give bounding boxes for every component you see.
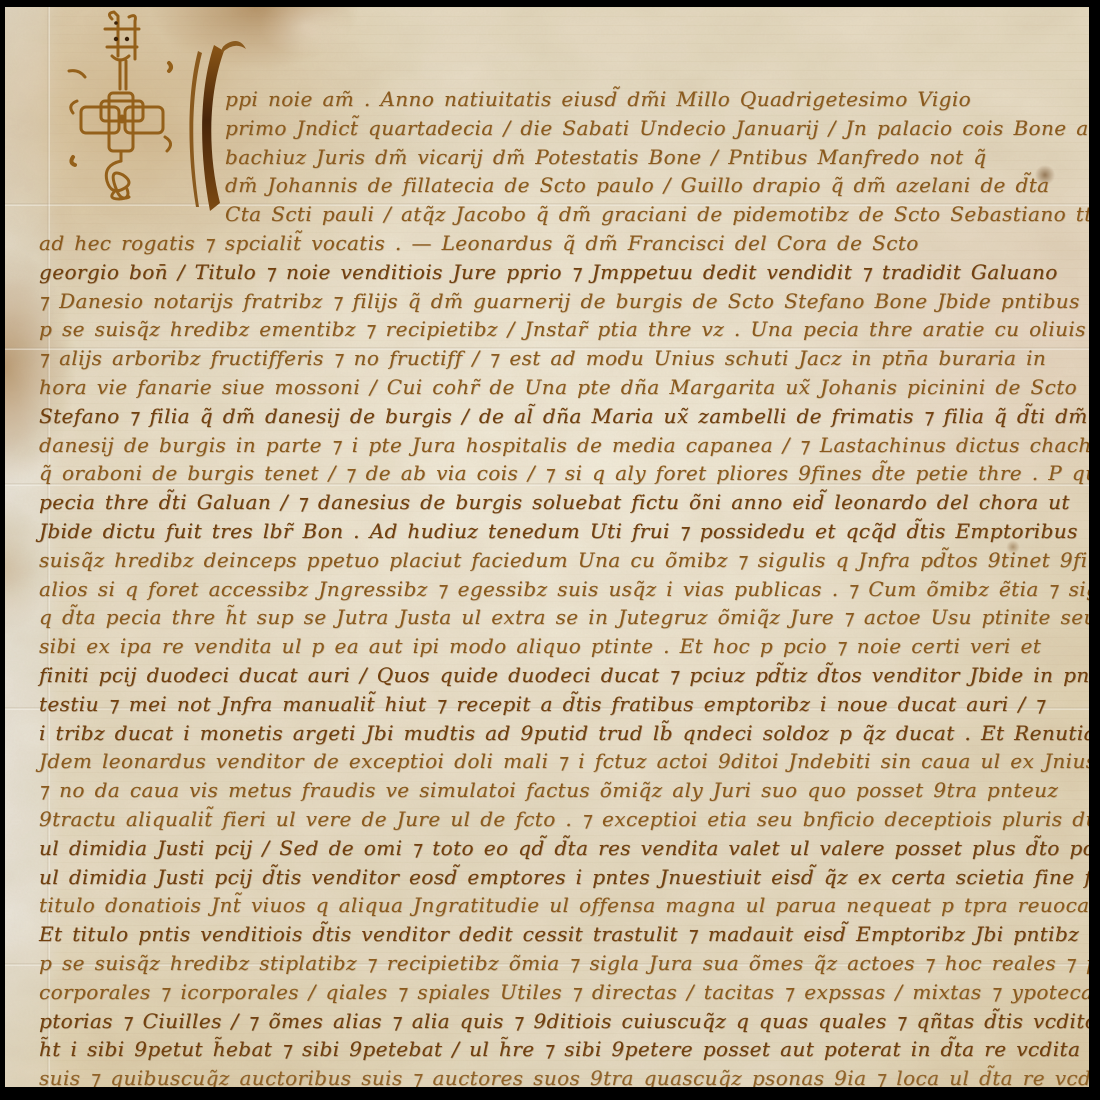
manuscript-line: ⁊ no da caua vis metus fraudis ve simula… bbox=[39, 776, 1083, 805]
photo-frame: ppi noie am̃ . Anno natiuitatis eiusd̃ d… bbox=[0, 0, 1100, 1100]
manuscript-line: ul dimidia Justi pcij / Sed de omi ⁊ tot… bbox=[39, 834, 1083, 863]
manuscript-line: p se suisq̃z hredibz stiplatibz ⁊ recipi… bbox=[39, 949, 1083, 978]
parchment-sheet: ppi noie am̃ . Anno natiuitatis eiusd̃ d… bbox=[5, 7, 1089, 1087]
manuscript-line: alios si q foret accessibz Jngressibz ⁊ … bbox=[39, 575, 1083, 604]
manuscript-line: q̃ oraboni de burgis tenet / ⁊ de ab via… bbox=[39, 459, 1083, 488]
manuscript-line: sibi ex ipa re vendita ul p ea aut ipi m… bbox=[39, 632, 1083, 661]
manuscript-line: dm̃ Johannis de fillatecia de Scto paulo… bbox=[225, 171, 1083, 200]
manuscript-line: danesij de burgis in parte ⁊ i pte Jura … bbox=[39, 431, 1083, 460]
manuscript-line: Jbide dictu fuit tres lbr̃ Bon . Ad hudi… bbox=[39, 517, 1083, 546]
manuscript-line: p se suisq̃z hredibz ementibz ⁊ recipiet… bbox=[39, 315, 1083, 344]
manuscript-line: bachiuz Juris dm̃ vicarij dm̃ Potestatis… bbox=[225, 143, 1083, 172]
manuscript-line: Et titulo pntis venditiois d̃tis vendito… bbox=[39, 920, 1083, 949]
manuscript-line: corporales ⁊ icorporales / qiales ⁊ spia… bbox=[39, 978, 1083, 1007]
manuscript-line: pecia thre d̃ti Galuan / ⁊ danesius de b… bbox=[39, 488, 1083, 517]
manuscript-line: primo Jndict̃ quartadecia / die Sabati U… bbox=[225, 114, 1083, 143]
manuscript-line: Jdem leonardus venditor de exceptioi dol… bbox=[39, 747, 1083, 776]
manuscript-line: ad hec rogatis ⁊ spcialit̃ vocatis . — L… bbox=[39, 229, 1083, 258]
manuscript-line: ⁊ Danesio notarijs fratribz ⁊ filijs q̃ … bbox=[39, 287, 1083, 316]
manuscript-line: suisq̃z hredibz deinceps ppetuo placiut … bbox=[39, 546, 1083, 575]
manuscript-line: georgio bon̄ / Titulo ⁊ noie venditiois … bbox=[39, 258, 1083, 287]
manuscript-line: 9tractu aliqualit̃ fieri ul vere de Jure… bbox=[39, 805, 1083, 834]
manuscript-line: ptorias ⁊ Ciuilles / ⁊ õmes alias ⁊ alia… bbox=[39, 1007, 1083, 1036]
manuscript-line: suis ⁊ quibuscuq̃z auctoribus suis ⁊ auc… bbox=[39, 1064, 1083, 1087]
manuscript-line: Cta Scti pauli / atq̃z Jacobo q̃ dm̃ gra… bbox=[225, 200, 1083, 229]
manuscript-text: ppi noie am̃ . Anno natiuitatis eiusd̃ d… bbox=[39, 85, 1083, 1087]
manuscript-line: ul dimidia Justi pcij d̃tis venditor eos… bbox=[39, 863, 1083, 892]
manuscript-line: ppi noie am̃ . Anno natiuitatis eiusd̃ d… bbox=[225, 85, 1083, 114]
manuscript-line: h̃t i sibi 9petut h̃ebat ⁊ sibi 9petebat… bbox=[39, 1035, 1083, 1064]
manuscript-line: testiu ⁊ mei not Jnfra manualit̃ hiut ⁊ … bbox=[39, 690, 1083, 719]
manuscript-line: i tribz ducat i monetis argeti Jbi mudti… bbox=[39, 719, 1083, 748]
manuscript-line: finiti pcij duodeci ducat auri / Quos qu… bbox=[39, 661, 1083, 690]
manuscript-line: hora vie fanarie siue mossoni / Cui cohr… bbox=[39, 373, 1083, 402]
manuscript-line: q d̃ta pecia thre h̃t sup se Jutra Justa… bbox=[39, 603, 1083, 632]
manuscript-line: ⁊ alijs arboribz fructifferis ⁊ no fruct… bbox=[39, 344, 1083, 373]
manuscript-line: Stefano ⁊ filia q̃ dm̃ danesij de burgis… bbox=[39, 402, 1083, 431]
manuscript-line: titulo donatiois Jnt̃ viuos q aliqua Jng… bbox=[39, 891, 1083, 920]
